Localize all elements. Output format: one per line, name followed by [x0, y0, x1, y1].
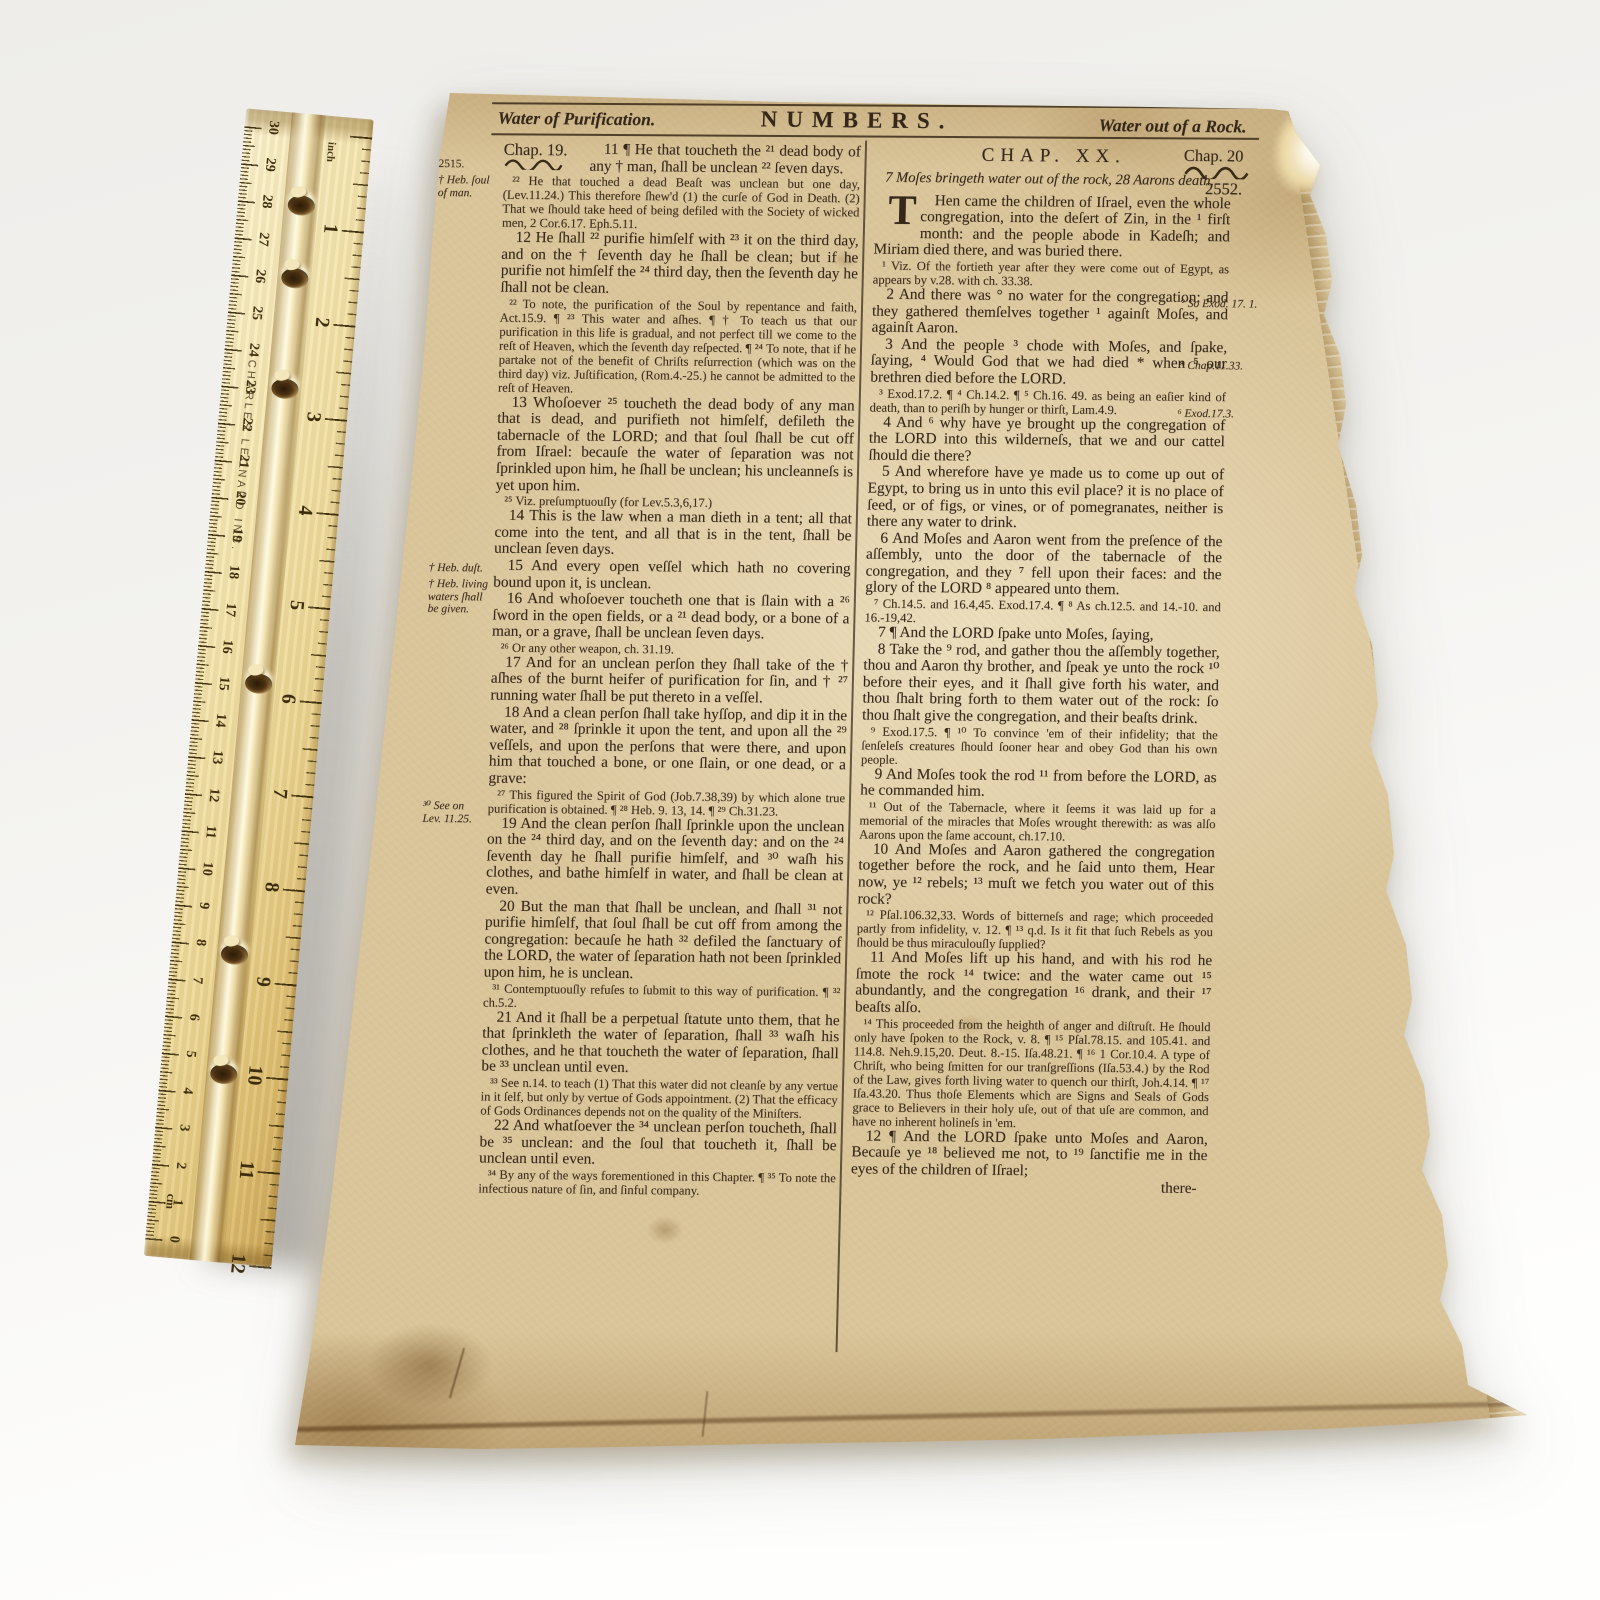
inch-number-label: 4: [292, 498, 317, 524]
verse-text: 8 Take the ⁹ rod, and gather thou the aſ…: [862, 641, 1220, 728]
inch-number-label: 2: [309, 309, 334, 335]
verse-text: 16 And whoſoever toucheth one that is ſl…: [492, 591, 850, 645]
inch-number-label: 3: [301, 404, 326, 430]
inch-number-label: 10: [242, 1062, 267, 1088]
margin-note: 2515.: [438, 158, 500, 171]
cm-number-label: 18: [224, 561, 242, 584]
verse-text: THen came the children of Iſrael, even t…: [873, 192, 1231, 262]
verse-text: 3 And the people ³ chode with Moſes, and…: [870, 336, 1227, 389]
commentary-note: ³ Exod.17.2. ¶ ⁴ Ch.14.2. ¶ ⁵ Ch.16. 49.…: [869, 386, 1226, 418]
cm-number-label: 0: [164, 1228, 182, 1251]
verse-text: 21 And it ſhall be a perpetual ſtatute u…: [481, 1009, 840, 1079]
cm-number-label: 29: [260, 153, 278, 176]
chapter-label-text: Chap. 19.: [504, 140, 568, 160]
verse-text: 5 And wherefore have ye made us to come …: [867, 464, 1225, 534]
catchword: there-: [850, 1178, 1206, 1198]
commentary-note: ¹² Pſal.106.32,33. Words of bitterneſs a…: [856, 908, 1213, 954]
cm-number-label: 11: [201, 820, 219, 843]
commentary-note: ²² He that touched a dead Beaſt was uncl…: [502, 174, 860, 234]
verse-text: 9 And Moſes took the rod ¹¹ from before …: [860, 766, 1217, 803]
inch-number-label: 7: [267, 780, 292, 806]
verse-text: 6 And Moſes and Aaron went from the preſ…: [865, 530, 1223, 600]
verse-text: 15 And every open veſſel which hath no c…: [493, 557, 851, 594]
inch-number-label: 1: [317, 215, 342, 241]
verse-text: 22 And whatſoever the ³⁴ unclean perſon …: [479, 1117, 837, 1171]
inch-number-label: 6: [275, 686, 300, 712]
cm-number-label: 13: [207, 746, 225, 769]
cm-number-label: 4: [178, 1079, 196, 1102]
commentary-note: ³¹ Contemptuouſly refuſes to ſubmit to t…: [483, 981, 841, 1013]
inch-number-label: 11: [233, 1157, 258, 1183]
cm-number-label: 8: [191, 931, 209, 954]
inch-number-label: 8: [259, 874, 284, 900]
chapter-heading: CHAP. XX.: [876, 147, 1232, 167]
verse-text: 18 And a clean perſon ſhall take hyſſop,…: [488, 704, 847, 791]
cm-number-label: 24: [244, 338, 262, 361]
verse-text: 2 And there was ° no water for the congr…: [871, 286, 1228, 339]
cm-number-label: 6: [184, 1005, 202, 1028]
cm-number-label: 10: [198, 857, 216, 880]
cm-number-label: 28: [257, 190, 275, 213]
running-head-right: Water out of a Rock.: [1098, 115, 1246, 138]
verse-text: 4 And ⁶ why have ye brought up the congr…: [868, 414, 1225, 467]
margin-note: † Heb. duſt.: [428, 562, 490, 575]
drop-cap-letter: T: [874, 192, 921, 226]
verse-text: 19 And the clean perſon ſhall ſprinkle u…: [486, 815, 845, 902]
inch-number-label: 12: [225, 1251, 250, 1277]
cm-number-label: 17: [221, 598, 239, 621]
verse-text: 20 But the man that ſhall be unclean, an…: [483, 898, 842, 985]
cm-number-label: 5: [181, 1042, 199, 1065]
flourish-squiggle-icon: [503, 158, 563, 171]
cm-number-label: 26: [250, 264, 268, 287]
commentary-note: ²² To note, the purification of the Soul…: [498, 296, 857, 398]
cm-number-label: 3: [174, 1116, 192, 1139]
verse-text: 12 ¶ And the LORD ſpake unto Moſes and A…: [851, 1128, 1208, 1181]
cm-number-label: 25: [247, 301, 265, 324]
commentary-note: ³⁴ By any of the ways forementioned in t…: [478, 1167, 836, 1199]
cm-number-label: 1: [168, 1191, 186, 1214]
cm-number-label: 22: [237, 412, 255, 435]
cm-number-label: 16: [217, 635, 235, 658]
cm-number-label: 12: [204, 783, 222, 806]
verse-text: 12 He ſhall ²² purifie himſelf with ²³ i…: [500, 230, 859, 300]
verse-text: Chap. 19.11 ¶ He that toucheth the ²¹ de…: [503, 141, 861, 178]
verse-text: 10 And Moſes and Aaron gathered the cong…: [857, 841, 1215, 911]
cm-number-label: 23: [241, 375, 259, 398]
verse-text: 13 Whoſoever ²⁵ toucheth the dead body o…: [495, 394, 854, 497]
inch-number-label: 5: [284, 592, 309, 618]
cm-number-label: 9: [194, 894, 212, 917]
right-text-column: CHAP. XX.7 Moſes bringeth water out of t…: [850, 145, 1232, 1198]
inch-unit-label: inch: [324, 141, 338, 162]
cm-number-label: 7: [188, 968, 206, 991]
margin-note: ³⁰ See on Lev. 11.25.: [422, 800, 485, 826]
cm-number-label: 15: [214, 672, 232, 695]
verse-text: 14 This is the law when a man dieth in a…: [494, 508, 852, 562]
left-text-column: Chap. 19.11 ¶ He that toucheth the ²¹ de…: [478, 141, 861, 1199]
chapter-argument: 7 Moſes bringeth water out of the rock, …: [875, 169, 1231, 189]
commentary-note: ³³ See n.14. to teach (1) That this wate…: [480, 1075, 838, 1121]
cm-number-label: 2: [171, 1154, 189, 1177]
commentary-note: ⁹ Exod.17.5. ¶ ¹⁰ To convince 'em of the…: [861, 724, 1218, 770]
cm-number-label: 30: [264, 116, 282, 139]
cm-number-label: 21: [234, 450, 252, 473]
printed-content: Water of Purification. NUMBERS. Water ou…: [407, 100, 1345, 1454]
cm-number-label: 20: [231, 487, 249, 510]
verse-text: 11 And Moſes lift up his hand, and with …: [855, 950, 1213, 1020]
inch-number-label: 9: [250, 968, 275, 994]
bible-page: Water of Purification. NUMBERS. Water ou…: [280, 85, 1540, 1455]
verse-text: 17 And for an unclean perſon they ſhall …: [490, 654, 848, 708]
chapter-label-left: Chap. 19.: [503, 141, 590, 171]
commentary-note: ¹¹ Out of the Tabernacle, where it ſeems…: [859, 799, 1216, 845]
cm-number-label: 19: [227, 524, 245, 547]
margin-note: † Heb. ſoul of man.: [438, 174, 501, 200]
margin-note: † Heb. living waters ſhall be given.: [427, 578, 490, 616]
cm-number-label: 14: [211, 709, 229, 732]
commentary-note: ¹⁴ This proceeded from the heighth of an…: [852, 1016, 1211, 1132]
photo-scene: inch cm CHARLES LEONARD INC. 30292827262…: [0, 0, 1600, 1600]
cm-number-label: 27: [254, 227, 272, 250]
